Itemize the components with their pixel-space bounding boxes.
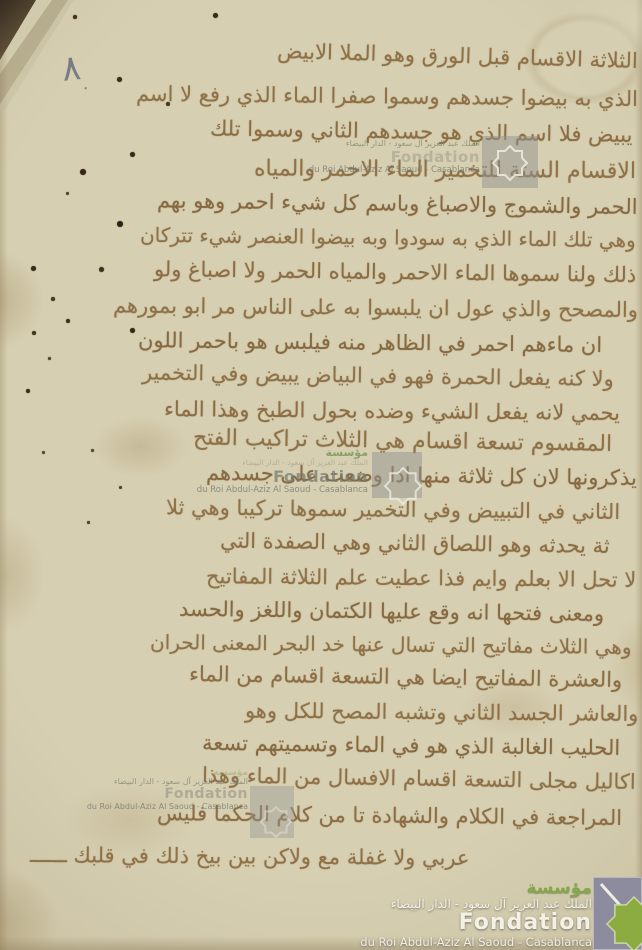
manuscript-page: ٨ ٠ الثلاثة الاقسام قبل الورق وهو الملا …: [0, 0, 642, 950]
ink-dot: [117, 221, 123, 227]
ink-dot: [73, 15, 77, 19]
ink-dot: [66, 319, 70, 323]
watermark-org-arabic: مؤسسة: [360, 879, 592, 898]
manuscript-line: عربي ولا غفلة مع ولاكن بين بيخ ذلك في قل…: [30, 842, 470, 871]
ink-dot: [99, 267, 104, 272]
manuscript-line: ان ماءهم احمر في الظاهر منه فيلبس هو باح…: [138, 327, 602, 358]
manuscript-line: وهي تلك الماء الذي به سودوا وبه بيضوا ال…: [140, 223, 636, 253]
watermark-fondation: Fondation: [197, 468, 368, 486]
manuscript-line: والعشرة المفاتيح ايضا هي التسعة اقسام من…: [189, 661, 622, 693]
foundation-logo: [593, 877, 642, 950]
ink-dot: [213, 13, 218, 18]
watermark-logo-square-bottom-left: [250, 786, 294, 838]
watermark-french-name: du Roi Abdul-Aziz Al Saoud - Casablanca: [197, 486, 368, 496]
watermark-logo-square-top: [482, 136, 538, 188]
ink-dot: [80, 169, 86, 175]
watermark-fondation: Fondation: [360, 911, 592, 936]
eight-point-star-icon: [372, 452, 422, 498]
watermark-french-name: du Roi Abdul-Aziz Al Saoud - Casablanca: [309, 166, 480, 176]
eight-point-star-icon: [482, 136, 538, 188]
ink-dot: [130, 152, 135, 157]
ink-dot: [87, 521, 90, 524]
manuscript-line: الثلاثة الاقسام قبل الورق وهو الملا الاب…: [277, 38, 638, 74]
ink-dot: [130, 328, 135, 333]
ink-dot: [91, 449, 94, 452]
manuscript-line: والمصحح والذي عول ان يلبسوا به على الناس…: [113, 292, 638, 323]
manuscript-line: الحمر والشموج والاصباغ وباسم كل شيء احمر…: [157, 187, 638, 220]
watermark-french-name: du Roi Abdul-Aziz Al Saoud - Casablanca: [87, 803, 248, 812]
ink-dot: [66, 192, 69, 195]
ink-dot: [26, 389, 30, 393]
manuscript-line: والعاشر الجسد الثاني وتشبه المصح للكل وه…: [245, 698, 639, 728]
watermark-fondation: Fondation: [309, 149, 480, 166]
ink-dot: [166, 102, 170, 106]
watermark-arabic-name: الملك عبد العزيز آل سعود - الدار البيضاء: [197, 459, 368, 467]
watermark-stamp-middle: مؤسسة الملك عبد العزيز آل سعود - الدار ا…: [197, 447, 368, 495]
watermark-stamp-bottom-right: مؤسسة الملك عبد العزيز آل سعود - الدار ا…: [360, 879, 592, 949]
ink-dot: [119, 486, 122, 489]
ink-dot: [117, 77, 122, 82]
ink-dot: [31, 266, 36, 271]
manuscript-line: لا تحل الا بعلم وايم فذا عطيت علم الثلاث…: [206, 563, 636, 593]
watermark-stamp-top: الملك عبد العزيز آل سعود - الدار البيضاء…: [309, 140, 480, 175]
ink-dot: [48, 357, 51, 360]
manuscript-line: الحليب الغالبة الذي هو في الماء وتسميتهم…: [202, 730, 620, 761]
eight-point-star-icon: [250, 786, 294, 838]
watermark-stamp-bottom-left: مؤسسة الملك عبد العزيز آل سعود - الدار ا…: [87, 768, 248, 812]
manuscript-line: يحمي لانه يفعل الشيء وضده بحول الطبخ وهذ…: [164, 396, 620, 426]
manuscript-line: ولا كنه يفعل الحمرة فهو في البياض يبيض و…: [142, 359, 614, 392]
watermark-org-arabic: مؤسسة: [87, 768, 248, 778]
watermark-arabic-name: الملك عبد العزيز آل سعود - الدار البيضاء: [360, 898, 592, 911]
ink-dot: [32, 331, 36, 335]
manuscript-line: الذي به بيضوا جسدهم وسموا صفرا الماء الذ…: [136, 81, 638, 113]
ink-dot: [51, 297, 55, 301]
manuscript-line: ومعنى فتحها انه وقع عليها الكتمان واللغز…: [179, 596, 604, 627]
watermark-logo-square-middle: [372, 452, 422, 498]
ink-dot: [42, 451, 45, 454]
eight-point-star-icon: [607, 897, 642, 950]
folio-number: ٨: [60, 51, 82, 88]
watermark-fondation: Fondation: [87, 787, 248, 803]
watermark-french-name: du Roi Abdul-Aziz Al Saoud - Casablanca: [360, 936, 592, 949]
manuscript-line: ذلك ولنا سموها الماء الاحمر والمياه الحم…: [154, 256, 637, 288]
foundation-logo-graphic: [593, 877, 642, 950]
manuscript-line: ثة يحدثه وهو اللصاق الثاني وهي الصفدة ال…: [220, 528, 610, 560]
manuscript-line: وهي الثلاث مفاتيح التي تسال عنها خد البح…: [150, 630, 632, 660]
